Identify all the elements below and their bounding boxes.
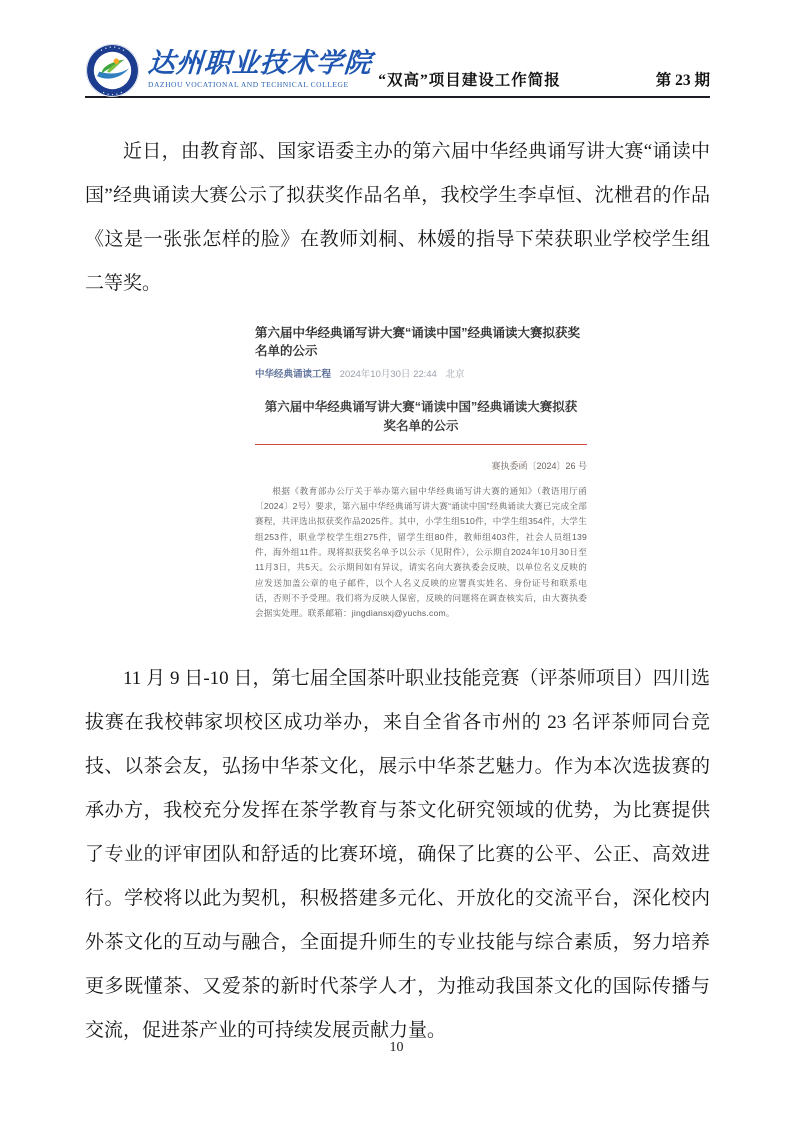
college-logo-block: 达州职业技术学院 DAZHOU VOCATIONAL AND TECHNICAL… <box>85 43 372 96</box>
announcement-article-title: 第六届中华经典诵写讲大赛“诵读中国”经典诵读大赛拟获奖名单的公示 <box>255 324 587 360</box>
announcement-body-text: 根据《教育部办公厅关于举办第六届中华经典诵写讲大赛的通知》（教语用厅函〔2024… <box>255 484 587 622</box>
announcement-document-number: 赛执委函〔2024〕26 号 <box>255 459 587 472</box>
page-number: 10 <box>0 1040 793 1056</box>
college-name-cn: 达州职业技术学院 <box>147 50 373 77</box>
header-divider <box>85 96 710 98</box>
publish-timestamp: 2024年10月30日 22:44 <box>340 369 437 380</box>
embedded-announcement-screenshot: 第六届中华经典诵写讲大赛“诵读中国”经典诵读大赛拟获奖名单的公示 中华经典诵读工… <box>255 324 587 621</box>
announcement-red-divider <box>255 444 587 445</box>
announcement-meta: 中华经典诵读工程 2024年10月30日 22:44 北京 <box>255 366 587 380</box>
announcement-document-title: 第六届中华经典诵写讲大赛“诵读中国”经典诵读大赛拟获奖名单的公示 <box>263 398 579 436</box>
college-name-en: DAZHOU VOCATIONAL AND TECHNICAL COLLEGE <box>148 81 372 89</box>
publish-location: 北京 <box>445 369 464 380</box>
wechat-account-name: 中华经典诵读工程 <box>255 369 331 380</box>
paragraph-tea-competition: 11 月 9 日-10 日，第七届全国茶叶职业技能竞赛（评茶师项目）四川选拔赛在… <box>85 657 710 1053</box>
paragraph-award-announcement: 近日，由教育部、国家语委主办的第六届中华经典诵写讲大赛“诵读中国”经典诵读大赛公… <box>85 130 710 306</box>
bulletin-title: “双高”项目建设工作简报 <box>378 68 561 96</box>
bulletin-page: 达州职业技术学院 DAZHOU VOCATIONAL AND TECHNICAL… <box>0 0 793 1122</box>
issue-number: 第 23 期 <box>656 68 710 96</box>
page-header: 达州职业技术学院 DAZHOU VOCATIONAL AND TECHNICAL… <box>85 42 710 96</box>
college-logo-icon <box>85 43 140 98</box>
college-names: 达州职业技术学院 DAZHOU VOCATIONAL AND TECHNICAL… <box>148 50 372 89</box>
